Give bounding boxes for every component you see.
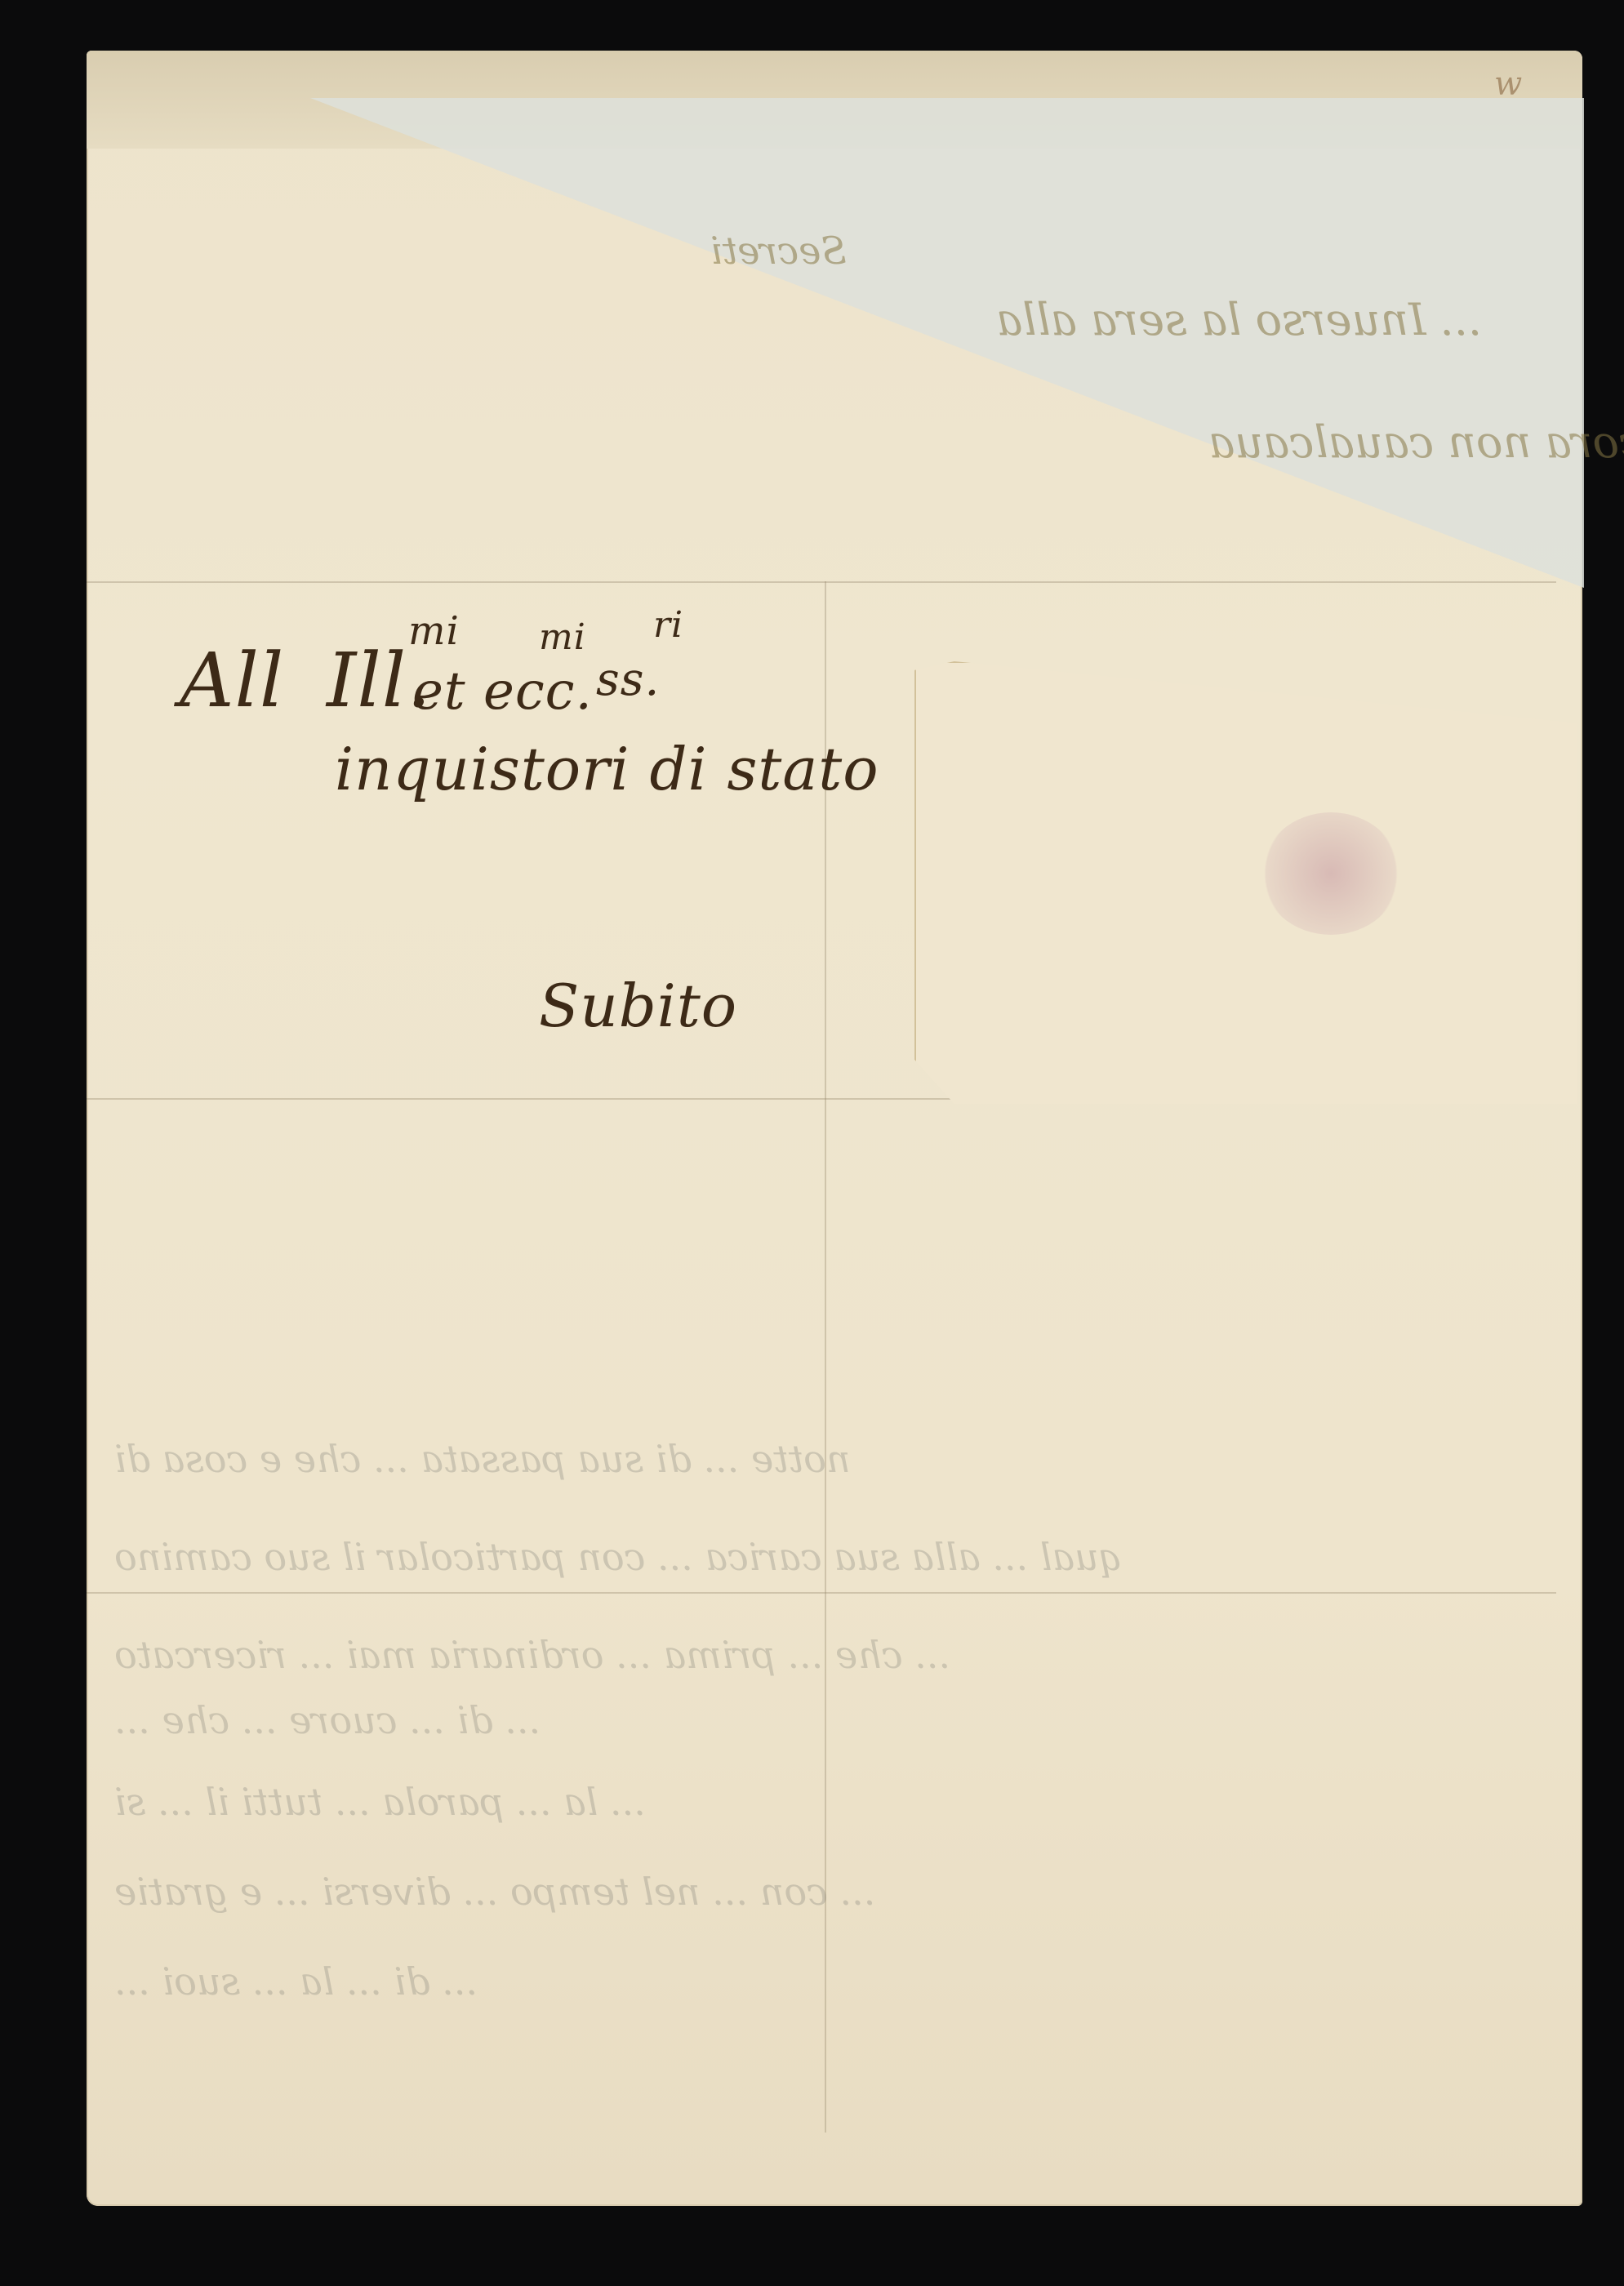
address-prefix: All — [180, 637, 284, 724]
urgent-note: Subito — [539, 972, 737, 1040]
bleed-through-text: Secreti — [710, 229, 847, 273]
bleed-through-text: ... di ... cuore ... che ... — [114, 1698, 541, 1742]
bleed-through-text: notte ... di sua passata ... che e cosa … — [114, 1437, 851, 1481]
fold-line-horizontal — [87, 581, 1556, 583]
fold-line-horizontal — [87, 1592, 1556, 1594]
bleed-through-text: ... che ... prima ... ordinaria mai ... … — [114, 1633, 950, 1677]
address-superscript: mi — [539, 616, 586, 658]
bleed-through-text: ... Inuerso la sera alla — [996, 294, 1482, 345]
address-superscript: ri — [653, 604, 683, 646]
address-recipient: inquistori di stato — [335, 735, 879, 803]
bleed-through-text: ... con ... nel tempo ... diversi ... e … — [114, 1870, 875, 1914]
folio-mark: w — [1494, 65, 1522, 103]
bleed-through-text: ... di ... la ... suoi ... — [114, 1959, 478, 2004]
address-honorific: et ecc. — [412, 661, 593, 722]
bleed-through-text: qual ... alla sua carica ... con partico… — [114, 1535, 1123, 1579]
address-signori: ss. — [596, 653, 660, 706]
seal-flap — [914, 661, 1577, 1104]
wax-seal — [1261, 812, 1400, 935]
bleed-through-text: ancora non caualcaua — [1208, 416, 1624, 468]
address-superscript: mi — [408, 608, 460, 654]
bleed-through-text: ... la ... parola ... tutti il ... si — [114, 1780, 646, 1824]
